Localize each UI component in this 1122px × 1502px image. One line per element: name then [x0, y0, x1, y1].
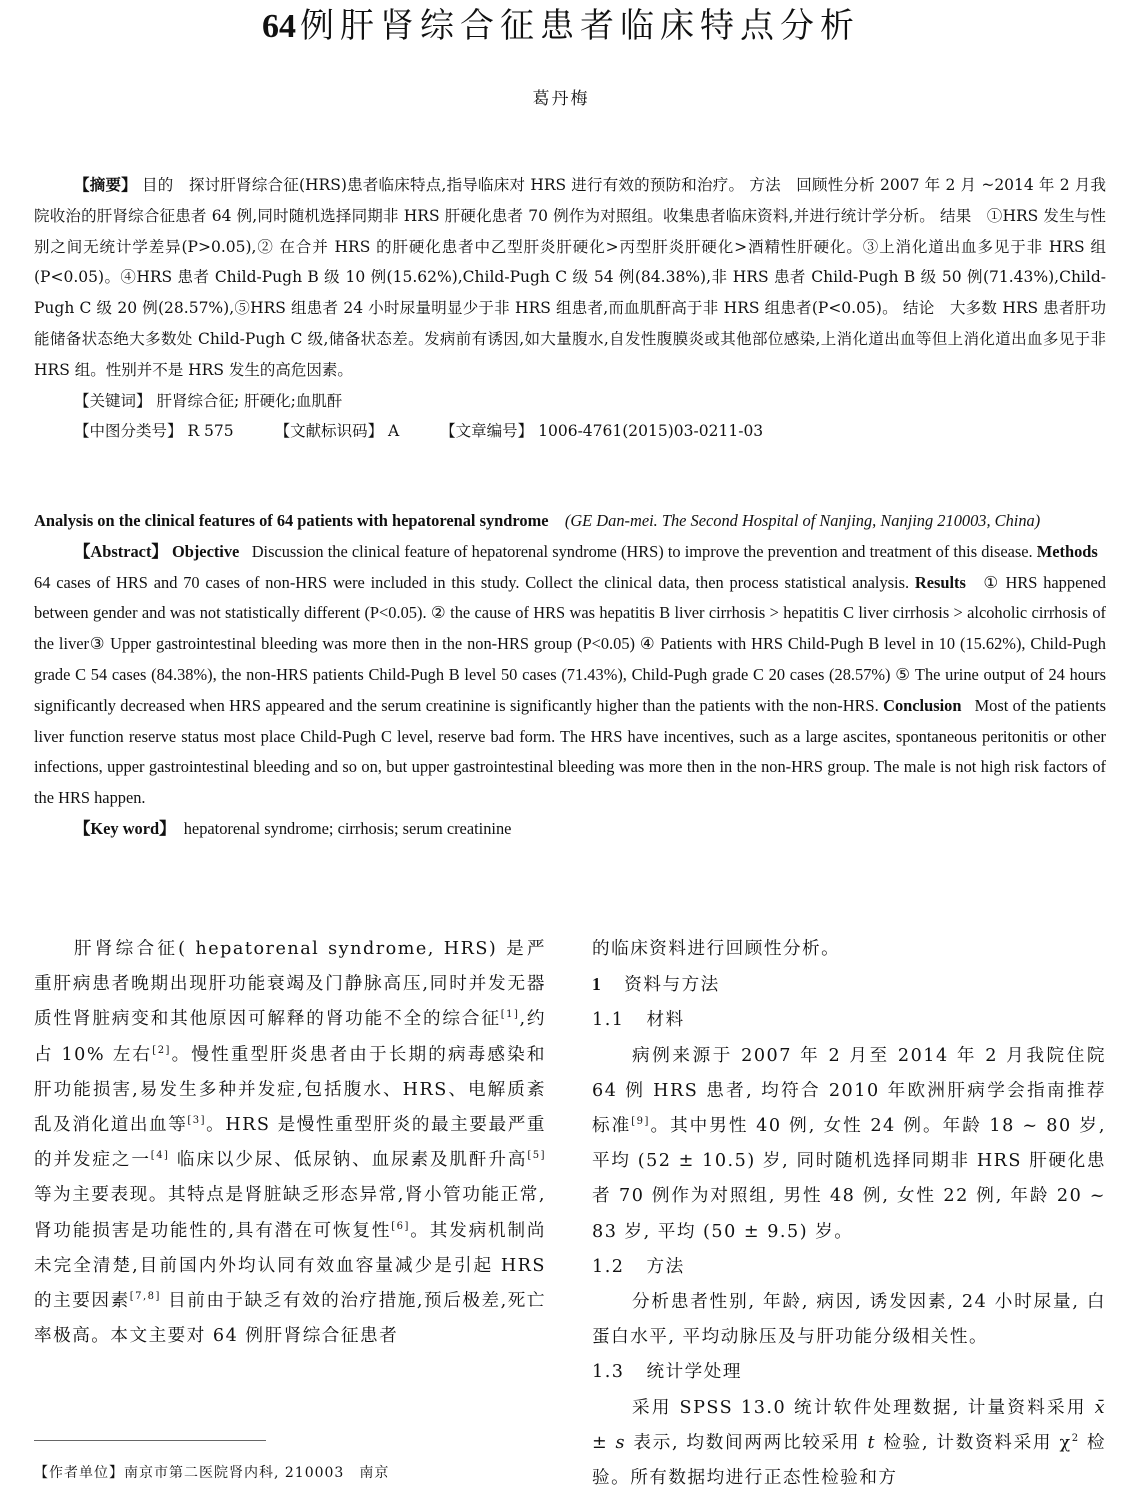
en-results-text: ① HRS happened between gender and was no… [34, 573, 1106, 715]
english-affiliation: (GE Dan-mei. The Second Hospital of Nanj… [565, 511, 1040, 530]
en-methods-text: 64 cases of HRS and 70 cases of non-HRS … [34, 573, 909, 592]
keywords-line: 【关键词】 肝肾综合征; 肝硬化;血肌酐 [34, 386, 1106, 417]
citation-6[interactable]: [6] [391, 1221, 410, 1232]
en-keywords-text: hepatorenal syndrome; cirrhosis; serum c… [184, 819, 512, 838]
statistics-text: 表示, 均数间两两比较采用 [626, 1433, 867, 1453]
chi-square-exponent: 2 [1072, 1433, 1080, 1444]
body-column-left: 肝肾综合征( hepatorenal syndrome, HRS) 是严重肝病患… [34, 932, 546, 1354]
doc-code-label: 【文献标识码】 [275, 422, 384, 440]
section-title: 材料 [646, 1010, 684, 1030]
footnote-divider [34, 1440, 266, 1441]
en-keywords-line: 【Key word】 hepatorenal syndrome; cirrhos… [34, 814, 1106, 845]
conclusion-label: 结论 [903, 299, 934, 317]
article-no-label: 【文章编号】 [440, 422, 533, 440]
citation-4[interactable]: [4] [151, 1150, 170, 1161]
statistics-text: 采用 SPSS 13.0 统计软件处理数据, 计量资料采用 [632, 1398, 1095, 1418]
citation-2[interactable]: [2] [152, 1045, 171, 1056]
section-title: 统计学处理 [646, 1362, 741, 1382]
statistics-paragraph: 采用 SPSS 13.0 统计软件处理数据, 计量资料采用 x̄ ± s 表示,… [592, 1391, 1106, 1497]
section-1-2-heading: 1.2方法 [592, 1250, 1106, 1285]
section-number: 1.2 [592, 1257, 624, 1277]
section-number: 1.1 [592, 1010, 624, 1030]
classification-line: 【中图分类号】 R 575 【文献标识码】 A 【文章编号】 1006-4761… [34, 416, 1106, 447]
doc-code-value: A [388, 422, 399, 440]
chinese-abstract: 【摘要】 目的 探讨肝肾综合征(HRS)患者临床特点,指导临床对 HRS 进行有… [34, 170, 1106, 447]
abstract-label: 【摘要】 [74, 175, 137, 194]
section-number: 1.3 [592, 1362, 624, 1382]
en-results-label: Results [915, 573, 966, 592]
footnote-text: 南京市第二医院肾内科, 210003 南京 [124, 1465, 389, 1481]
citation-1[interactable]: [1] [501, 1010, 520, 1021]
results-label: 结果 [940, 207, 971, 225]
body-column-right: 的临床资料进行回顾性分析。 1资料与方法 1.1材料 病例来源于 2007 年 … [592, 932, 1106, 1496]
en-objective-label: Objective [172, 542, 239, 561]
footnote-label: 【作者单位】 [34, 1465, 124, 1481]
intro-text: 临床以少尿、低尿钠、血尿素及肌酐升高 [169, 1150, 527, 1170]
title-text: 例肝肾综合征患者临床特点分析 [300, 6, 860, 46]
materials-paragraph: 病例来源于 2007 年 2 月至 2014 年 2 月我院住院 64 例 HR… [592, 1039, 1106, 1250]
article-no-value: 1006-4761(2015)03-0211-03 [538, 422, 763, 440]
keywords-label: 【关键词】 [74, 392, 152, 410]
section-1-heading: 1资料与方法 [592, 967, 1106, 1003]
abstract-body: 【摘要】 目的 探讨肝肾综合征(HRS)患者临床特点,指导临床对 HRS 进行有… [34, 170, 1106, 386]
author: 葛丹梅 [0, 84, 1122, 109]
section-1-3-heading: 1.3统计学处理 [592, 1355, 1106, 1390]
citation-7-8[interactable]: [7,8] [130, 1291, 161, 1302]
citation-5[interactable]: [5] [527, 1150, 546, 1161]
intro-continuation: 的临床资料进行回顾性分析。 [592, 932, 1106, 967]
t-test-symbol: t [867, 1433, 876, 1453]
english-abstract-body: 【Abstract】 Objective Discussion the clin… [34, 537, 1106, 814]
clc-value: R 575 [187, 422, 233, 440]
methods-paragraph: 分析患者性别, 年龄, 病因, 诱发因素, 24 小时尿量, 白蛋白水平, 平均… [592, 1285, 1106, 1355]
keywords-text: 肝肾综合征; 肝硬化;血肌酐 [156, 392, 342, 410]
clc-label: 【中图分类号】 [74, 422, 183, 440]
en-abstract-label: 【Abstract】 [74, 542, 168, 561]
citation-9[interactable]: [9] [631, 1116, 650, 1127]
paper-title: 64例肝肾综合征患者临床特点分析 [0, 4, 1122, 49]
section-title: 方法 [646, 1257, 684, 1277]
methods-label: 方法 [749, 176, 780, 194]
objective-text: 探讨肝肾综合征(HRS)患者临床特点,指导临床对 HRS 进行有效的预防和治疗。 [189, 176, 744, 194]
english-title: Analysis on the clinical features of 64 … [34, 511, 549, 530]
objective-label: 目的 [142, 176, 173, 194]
section-number: 1 [592, 974, 602, 994]
statistics-text: 检验, 计数资料采用 χ [876, 1433, 1072, 1453]
intro-text: 肝肾综合征( hepatorenal syndrome, HRS) 是严重肝病患… [34, 939, 546, 1029]
title-number: 64 [262, 8, 296, 45]
citation-3[interactable]: [3] [187, 1115, 206, 1126]
section-title: 资料与方法 [624, 975, 719, 995]
english-title-line: Analysis on the clinical features of 64 … [34, 506, 1106, 537]
en-conclusion-label: Conclusion [883, 696, 961, 715]
author-affiliation-footnote: 【作者单位】南京市第二医院肾内科, 210003 南京 [34, 1462, 389, 1482]
intro-paragraph: 肝肾综合征( hepatorenal syndrome, HRS) 是严重肝病患… [34, 932, 546, 1354]
en-keywords-label: 【Key word】 [74, 819, 176, 838]
english-abstract: Analysis on the clinical features of 64 … [34, 506, 1106, 845]
section-1-1-heading: 1.1材料 [592, 1003, 1106, 1038]
materials-text: 。其中男性 40 例, 女性 24 例。年龄 18 ~ 80 岁, 平均 (52… [592, 1116, 1106, 1242]
en-methods-label: Methods [1037, 542, 1098, 561]
en-objective-text: Discussion the clinical feature of hepat… [252, 542, 1033, 561]
